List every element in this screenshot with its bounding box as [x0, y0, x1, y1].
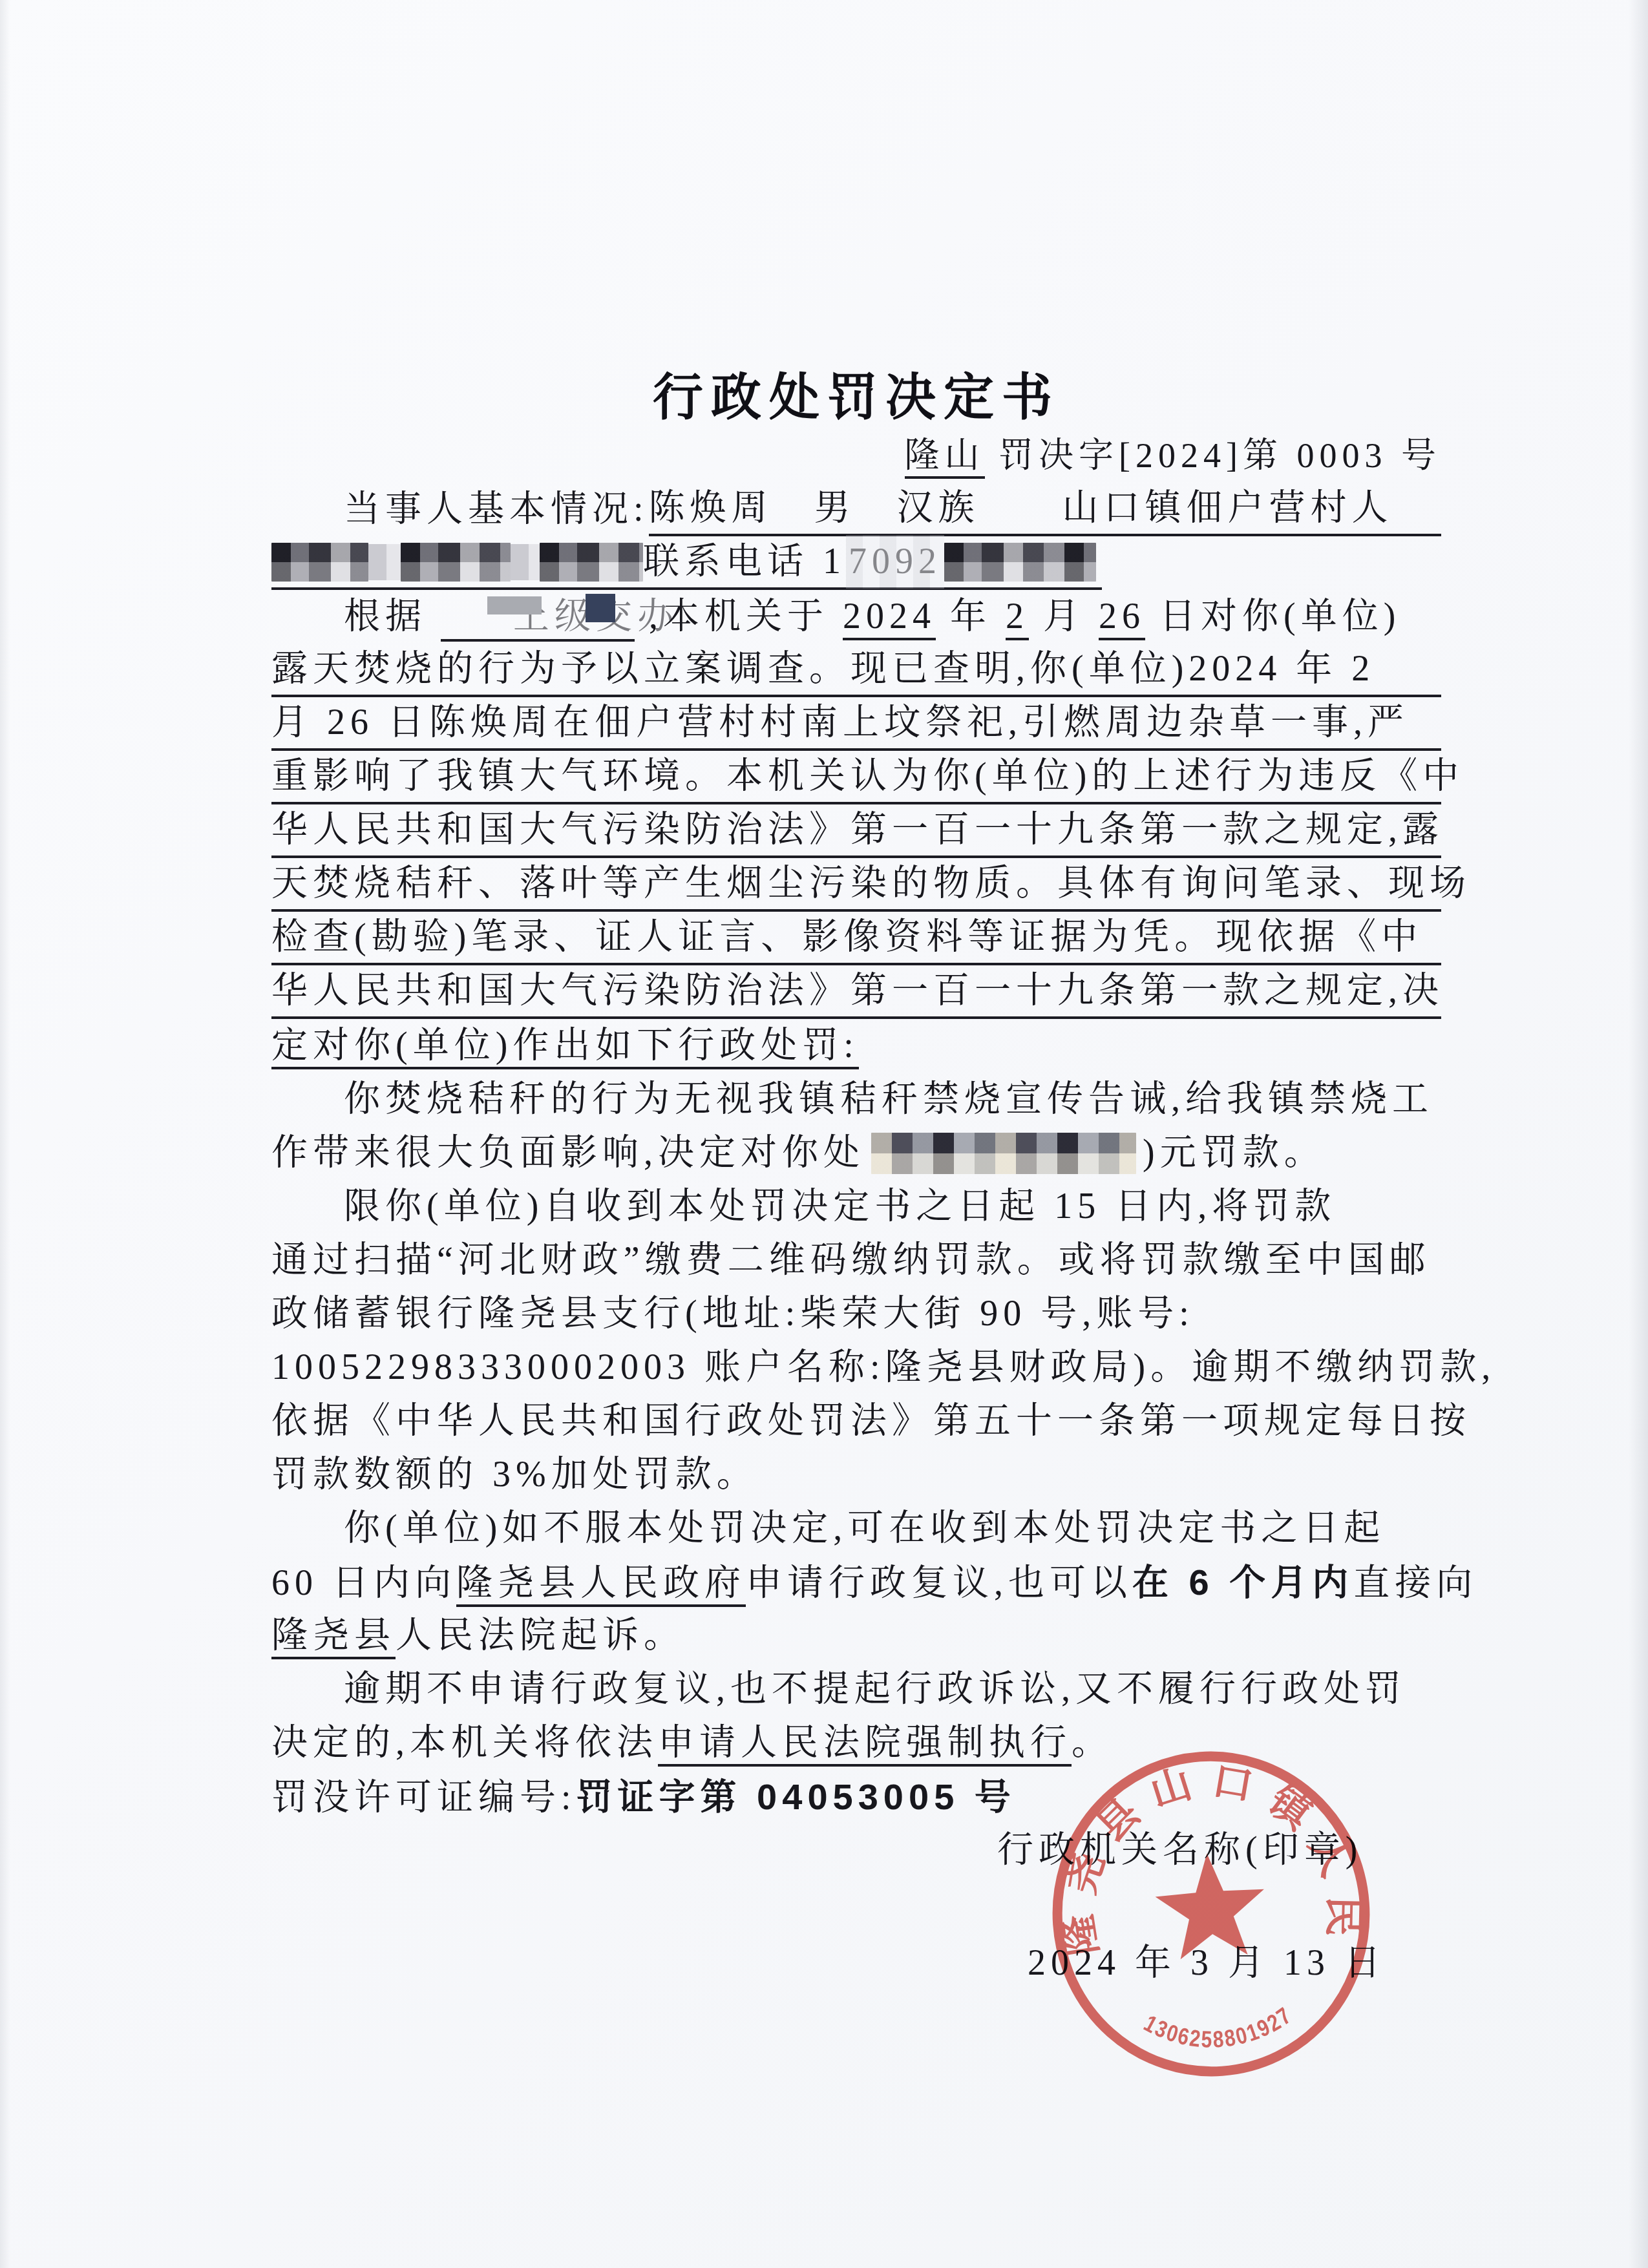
redaction-mosaic-basis-1 — [487, 596, 542, 614]
document-title: 行政处罚决定书 — [271, 367, 1441, 429]
basis-tail: 日对你(单位) — [1159, 596, 1400, 636]
findings-line-3: 重影响了我镇大气环境。本机关认为你(单位)的上述行为违反《中 — [271, 751, 1441, 804]
basis-month-unit: 月 — [1043, 596, 1084, 636]
basis-filled-blank: 上级交办 — [441, 594, 635, 642]
redaction-mosaic-address-1 — [271, 543, 368, 582]
enforce-line-2-pre: 决定的,本机关将依法 — [271, 1723, 658, 1763]
payment-line-3: 政储蓄银行隆尧县支行(地址:柴荣大街 90 号,账号: — [271, 1287, 1441, 1341]
redaction-mosaic-amount — [871, 1133, 1136, 1174]
document-number-region: 隆山 — [905, 436, 985, 479]
contact-phone-partial-digits: 7092 — [846, 535, 944, 589]
basis-year-unit: 年 — [950, 596, 991, 636]
redaction-mosaic-basis-2 — [586, 594, 615, 622]
license-label: 罚没许可证编号: — [271, 1778, 576, 1818]
official-red-seal: 隆尧县山口镇人民政府 1306258801927 — [1030, 1733, 1391, 2094]
redaction-mosaic-phone — [944, 543, 1096, 582]
findings-line-5: 天焚烧秸秆、落叶等产生烟尘污染的物质。具体有询问笔录、现场 — [271, 858, 1441, 912]
contact-phone-label: 联系电话 1 — [643, 535, 846, 589]
basis-month: 2 — [1006, 596, 1029, 640]
findings-line-7: 华人民共和国大气污染防治法》第一百一十九条第一款之规定,决 — [271, 965, 1441, 1019]
party-info-label: 当事人基本情况: — [344, 483, 649, 536]
appeal-line-2: 60 日内向隆尧县人民政府申请行政复议,也可以在 6 个月内直接向 — [271, 1555, 1441, 1609]
payment-line-5: 依据《中华人民共和国行政处罚法》第五十一条第一项规定每日按 — [271, 1394, 1441, 1448]
payment-line-1: 限你(单位)自收到本处罚决定书之日起 15 日内,将罚款 — [271, 1180, 1441, 1234]
appeal-line-2-post: 直接向 — [1353, 1563, 1477, 1603]
redaction-mosaic-address-2 — [368, 544, 401, 580]
enforce-line-1: 逾期不申请行政复议,也不提起行政诉讼,又不履行行政处罚 — [271, 1663, 1441, 1716]
seal-graphic: 隆尧县山口镇人民政府 1306258801927 — [1030, 1733, 1391, 2094]
appeal-review-authority: 隆尧县人民政府 — [456, 1563, 746, 1607]
basis-year: 2024 — [843, 596, 936, 640]
findings-line-1: 露天焚烧的行为予以立案调查。现已查明,你(单位)2024 年 2 — [271, 644, 1441, 697]
party-info-line: 当事人基本情况: 陈焕周 男 汉族 山口镇佃户营村人 — [271, 483, 1441, 536]
appeal-line-2-pre: 60 日内向 — [271, 1563, 456, 1603]
seal-code: 1306258801927 — [1138, 2000, 1298, 2058]
appeal-line-2-mid: 申请行政复议,也可以 — [746, 1563, 1132, 1603]
findings-line-8: 定对你(单位)作出如下行政处罚: — [271, 1019, 1441, 1073]
basis-pre: 根据 — [344, 596, 427, 636]
appeal-line-1: 你(单位)如不服本处罚决定,可在收到本处罚决定书之日起 — [271, 1502, 1441, 1555]
penalty-amount-pre: 作带来很大负面影响,决定对你处 — [271, 1126, 865, 1180]
scanned-penalty-decision-document: 行政处罚决定书 隆山 罚决字[2024]第 0003 号 当事人基本情况: 陈焕… — [0, 0, 1648, 2268]
document-number-rest: 罚决字[2024]第 0003 号 — [998, 436, 1441, 475]
license-number: 罚证字第 04053005 号 — [576, 1776, 1016, 1817]
appeal-court-county: 隆尧县 — [271, 1615, 396, 1659]
redaction-mosaic-address-4 — [511, 544, 540, 580]
appeal-line-3: 隆尧县人民法院起诉。 — [271, 1609, 1441, 1663]
seal-star-icon — [1152, 1850, 1268, 1961]
payment-line-2: 通过扫描“河北财政”缴费二维码缴纳罚款。或将罚款缴至中国邮 — [271, 1234, 1441, 1287]
redaction-mosaic-address-3 — [401, 543, 511, 582]
document-number-line: 隆山 罚决字[2024]第 0003 号 — [271, 429, 1441, 483]
contact-line: 联系电话 1 7092 — [271, 536, 1441, 590]
penalty-amount-post: )元罚款。 — [1143, 1126, 1326, 1180]
contact-underlined-strip: 联系电话 1 7092 — [271, 536, 1102, 590]
penalty-line-2: 作带来很大负面影响,决定对你处 )元罚款。 — [271, 1126, 1441, 1180]
payment-line-4: 100522983330002003 账户名称:隆尧县财政局)。逾期不缴纳罚款, — [271, 1341, 1441, 1394]
findings-line-4: 华人民共和国大气污染防治法》第一百一十九条第一款之规定,露 — [271, 804, 1441, 858]
findings-line-2: 月 26 日陈焕周在佃户营村村南上坟祭祀,引燃周边杂草一事,严 — [271, 697, 1441, 751]
appeal-deadline-emphasis: 在 6 个月内 — [1132, 1562, 1353, 1602]
redaction-mosaic-address-5 — [540, 543, 643, 582]
payment-line-6: 罚款数额的 3%加处罚款。 — [271, 1448, 1441, 1502]
findings-line-6: 检查(勘验)笔录、证人证言、影像资料等证据为凭。现依据《中 — [271, 912, 1441, 965]
appeal-line-3-post: 人民法院起诉。 — [396, 1615, 685, 1655]
basis-line: 根据 上级交办 ,本机关于 2024 年 2 月 26 日对你(单位) — [271, 590, 1441, 644]
basis-day: 26 — [1099, 596, 1145, 640]
penalty-line-1: 你焚烧秸秆的行为无视我镇秸秆禁烧宣传告诫,给我镇禁烧工 — [271, 1073, 1441, 1126]
party-info-value: 陈焕周 男 汉族 山口镇佃户营村人 — [649, 483, 1441, 536]
svg-text:1306258801927: 1306258801927 — [1138, 2000, 1298, 2058]
findings-line-8-text: 定对你(单位)作出如下行政处罚: — [271, 1025, 859, 1069]
enforce-compulsory-execution: 申请人民法院强制执行 — [658, 1723, 1072, 1767]
